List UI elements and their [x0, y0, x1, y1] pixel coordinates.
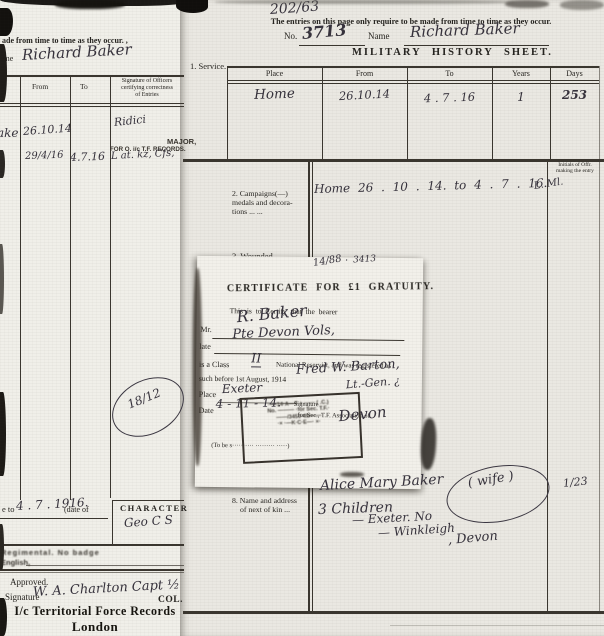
service-header-place: Place — [227, 69, 322, 78]
service-col-line-0 — [227, 66, 228, 159]
served-prefix: e to — [2, 504, 15, 514]
service-table-bottom — [183, 159, 604, 162]
service-col-line-4 — [550, 66, 551, 159]
service-header-to: To — [407, 69, 492, 78]
left-row2-from: 29/4/16 — [25, 150, 64, 162]
certificate-title: CERTIFICATE FOR £1 GRATUITY. — [227, 281, 434, 294]
mr-label: Mr. — [200, 325, 211, 334]
name-handwriting: Richard Baker — [410, 19, 520, 41]
left-major-stamp: MAJOR, — [167, 137, 196, 146]
name-underline — [404, 45, 549, 46]
service-row-years: 1 — [492, 90, 550, 104]
left-sig-column-header: Signature of Officers certifying correct… — [112, 78, 182, 99]
service-header-from: From — [322, 69, 407, 78]
kin-margin-note: 1/23 — [562, 474, 588, 490]
smudged-stamp-line-1: Regimental. No badge — [1, 548, 100, 557]
page-bottom-faint-rule — [390, 625, 604, 626]
character-box-left — [112, 500, 113, 544]
service-table-top — [227, 66, 599, 68]
character-box-bottom — [0, 544, 184, 546]
left-header-rule-1 — [0, 103, 184, 104]
next-of-kin-label: 8. Name and address of next of kin ... — [232, 497, 312, 515]
service-row-days: 253 — [550, 88, 599, 102]
initials-column-header: Initials of Offr. making the entry — [549, 162, 601, 175]
character-box-top — [112, 500, 184, 501]
served-underline — [0, 518, 108, 519]
service-col-line-3 — [492, 66, 493, 159]
left-header-rule-2 — [0, 106, 184, 107]
rubber-stamp-text: ··—14·A—T + —— ( .C.) No. ——— ·for Sec. … — [244, 398, 353, 429]
left-col-from-header: From — [32, 82, 48, 91]
left-row2-to: 4.7.16 — [70, 150, 105, 164]
records-office-stamp-line-2: London — [6, 619, 184, 635]
left-col-line-1 — [20, 75, 21, 500]
scanned-document: ade from time to time as they occur. , a… — [0, 0, 604, 636]
left-col-to-header: To — [80, 82, 88, 91]
service-number-handwriting: 3713 — [301, 20, 347, 43]
scan-artifact-left-mark-6 — [0, 598, 7, 636]
left-row1-partial: ake — [0, 126, 19, 140]
certificate-number-handwriting: 3413 — [353, 254, 376, 265]
served-suffix: (date of — [64, 505, 89, 514]
character-header: CHARACTER — [120, 503, 188, 513]
no-label: No. — [284, 31, 297, 41]
scan-artifact-fold-blob — [176, 0, 208, 13]
page-title: MILITARY HISTORY SHEET. — [352, 47, 553, 58]
initials-column-line — [547, 161, 548, 613]
left-col-line-3 — [110, 75, 111, 498]
service-header-years: Years — [492, 69, 550, 78]
scan-artifact-top-smudge — [505, 0, 549, 8]
service-header-rule-1 — [227, 80, 599, 81]
footer-rule-2 — [0, 572, 184, 573]
registrar-signature-2: Lt.-Gen. ¿ — [345, 374, 400, 391]
records-office-stamp-line-1: I/c Territorial Force Records — [10, 604, 181, 619]
scan-artifact-top-blob — [55, 0, 125, 9]
left-table-top-rule — [0, 75, 184, 77]
page-bottom-rule — [183, 611, 604, 614]
left-col-line-2 — [70, 75, 71, 500]
class-pre-label: is a Class — [199, 360, 229, 369]
bearer-name-handwriting: R. Baker — [236, 301, 308, 327]
late-underline — [214, 353, 400, 356]
class-value-handwriting: II — [251, 351, 261, 367]
rubber-stamp-box: ··—14·A—T + —— ( .C.) No. ——— ·for Sec. … — [240, 392, 363, 464]
scan-artifact-top-wash — [215, 0, 515, 4]
scan-artifact-left-mark-1 — [0, 44, 7, 102]
scan-artifact-left-mark-3 — [0, 244, 4, 314]
service-row-to: 4 . 7 . 16 — [407, 89, 492, 106]
service-header-rule-2 — [227, 83, 599, 84]
scan-artifact-corner-smudge — [560, 0, 604, 10]
county-handwriting: Devon — [338, 403, 388, 425]
service-section-label: 1. Service. — [190, 61, 226, 71]
no-underline — [299, 45, 365, 46]
service-row-place: Home — [227, 85, 323, 104]
name-label: Name — [368, 31, 390, 41]
scan-artifact-left-mark-5 — [0, 524, 4, 570]
service-col-line-1 — [322, 66, 323, 159]
scan-artifact-left-mark-4 — [0, 392, 6, 476]
scan-artifact-cert-left-streak — [193, 268, 202, 466]
footer-rule-1 — [0, 569, 184, 571]
place-handwriting: Exeter — [222, 380, 263, 396]
campaigns-label: 2. Campaigns(—) medals and decora- tions… — [232, 190, 310, 217]
smudge-underline — [26, 565, 184, 566]
scan-artifact-left-mark-2 — [0, 150, 5, 178]
page-right-border — [599, 66, 600, 613]
gratuity-certificate: 14/88 . 3413 CERTIFICATE FOR £1 GRATUITY… — [195, 256, 423, 489]
service-header-days: Days — [550, 69, 599, 78]
service-col-line-2 — [407, 66, 408, 159]
